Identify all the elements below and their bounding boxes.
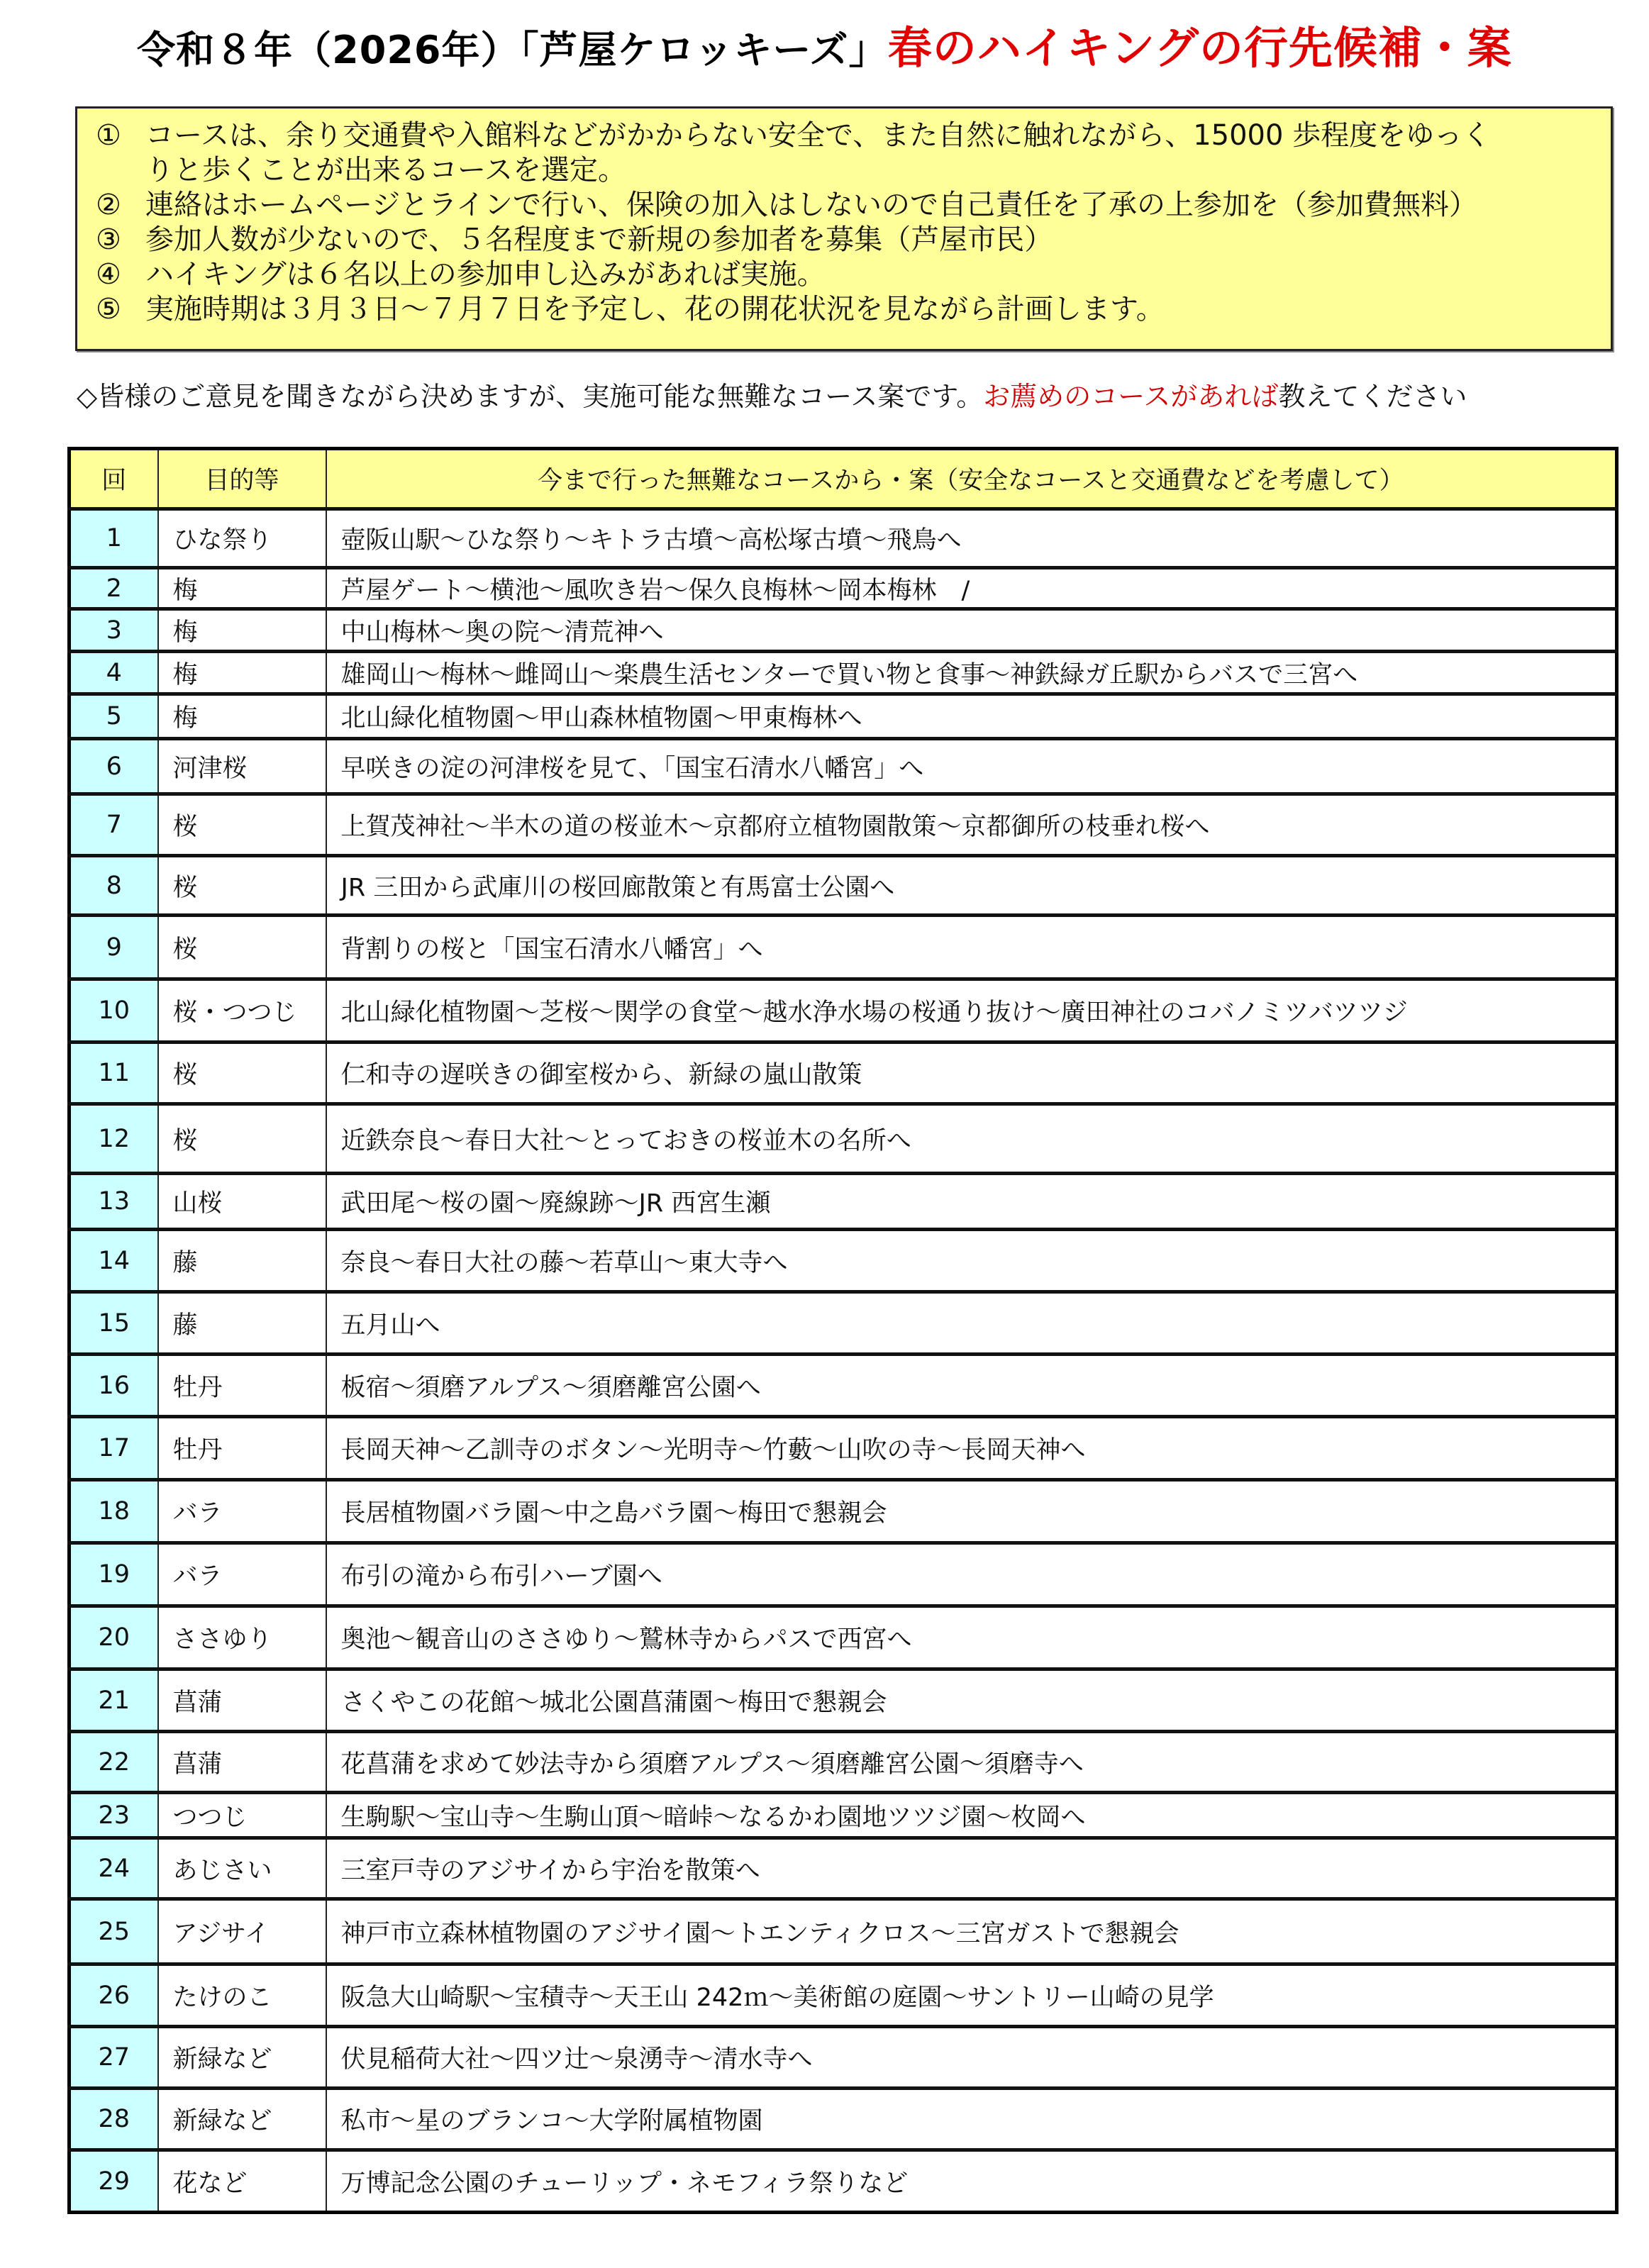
- table-row: 7桜上賀茂神社～半木の道の桜並木～京都府立植物園散策～京都御所の枝垂れ桜へ: [70, 794, 1617, 856]
- table-header-row: 回 目的等 今まで行った無難なコースから・案（安全なコースと交通費などを考慮して…: [70, 449, 1617, 509]
- table-row: 26たけのこ阪急大山崎駅～宝積寺～天王山 242ｍ～美術館の庭園～サントリー山崎…: [70, 1964, 1617, 2027]
- lead-suffix: 教えてください: [1278, 381, 1467, 412]
- row-number: 7: [70, 794, 158, 856]
- table-row: 16牡丹板宿～須磨アルプス～須磨離宮公園へ: [70, 1355, 1617, 1417]
- table-row: 28新緑など私市～星のブランコ～大学附属植物園: [70, 2089, 1617, 2150]
- row-purpose: つつじ: [158, 1793, 326, 1838]
- row-route: 奈良～春日大社の藤～若草山～東大寺へ: [326, 1230, 1617, 1292]
- row-route: 阪急大山崎駅～宝積寺～天王山 242ｍ～美術館の庭園～サントリー山崎の見学: [326, 1964, 1617, 2027]
- page-title-prefix: 令和８年（2026年）「芦屋ケロッキーズ」: [137, 28, 888, 72]
- header-route: 今まで行った無難なコースから・案（安全なコースと交通費などを考慮して）: [326, 449, 1617, 509]
- row-route: 芦屋ゲート～横池～風吹き岩～保久良梅林～岡本梅林 /: [326, 568, 1617, 609]
- table-row: 8桜JR 三田から武庫川の桜回廊散策と有馬富士公園へ: [70, 856, 1617, 916]
- notice-item-number: ③: [96, 223, 145, 257]
- row-number: 29: [70, 2150, 158, 2213]
- row-route: 上賀茂神社～半木の道の桜並木～京都府立植物園散策～京都御所の枝垂れ桜へ: [326, 794, 1617, 856]
- table-body: 1ひな祭り壺阪山駅～ひな祭り～キトラ古墳～高松塚古墳～飛鳥へ2梅芦屋ゲート～横池…: [70, 509, 1617, 2213]
- row-route: 壺阪山駅～ひな祭り～キトラ古墳～高松塚古墳～飛鳥へ: [326, 509, 1617, 568]
- table-row: 22菖蒲花菖蒲を求めて妙法寺から須磨アルプス～須磨離宮公園～須磨寺へ: [70, 1732, 1617, 1793]
- row-route: 私市～星のブランコ～大学附属植物園: [326, 2089, 1617, 2150]
- notice-item-number: ①: [96, 118, 145, 153]
- row-purpose: 山桜: [158, 1174, 326, 1230]
- row-number: 2: [70, 568, 158, 609]
- notice-item-number: ④: [96, 257, 145, 292]
- header-purpose: 目的等: [158, 449, 326, 509]
- notice-item-text: 参加人数が少ないので、５名程度まで新規の参加者を募集（芦屋市民）: [145, 223, 1053, 257]
- page-title: 令和８年（2026年）「芦屋ケロッキーズ」春のハイキングの行先候補・案: [0, 13, 1649, 76]
- row-route: 背割りの桜と「国宝石清水八幡宮」へ: [326, 916, 1617, 979]
- row-number: 14: [70, 1230, 158, 1292]
- table-row: 25アジサイ神戸市立森林植物園のアジサイ園～トエンティクロス～三宮ガストで懇親会: [70, 1899, 1617, 1964]
- table-row: 5梅北山緑化植物園～甲山森林植物園～甲東梅林へ: [70, 694, 1617, 739]
- row-number: 16: [70, 1355, 158, 1417]
- table-row: 4梅雄岡山～梅林～雌岡山～楽農生活センターで買い物と食事～神鉄緑ガ丘駅からバスで…: [70, 652, 1617, 694]
- row-purpose: バラ: [158, 1543, 326, 1606]
- row-route: 仁和寺の遅咲きの御室桜から、新緑の嵐山散策: [326, 1043, 1617, 1104]
- course-table: 回 目的等 今まで行った無難なコースから・案（安全なコースと交通費などを考慮して…: [67, 447, 1619, 2214]
- row-number: 5: [70, 694, 158, 739]
- row-purpose: 桜: [158, 1104, 326, 1174]
- row-route: 板宿～須磨アルプス～須磨離宮公園へ: [326, 1355, 1617, 1417]
- row-purpose: 花など: [158, 2150, 326, 2213]
- row-route: 万博記念公園のチューリップ・ネモフィラ祭りなど: [326, 2150, 1617, 2213]
- table-row: 21菖蒲さくやこの花館～城北公園菖蒲園～梅田で懇親会: [70, 1669, 1617, 1732]
- row-purpose: 桜: [158, 1043, 326, 1104]
- lead-highlight: お薦めのコースがあれば: [983, 381, 1278, 412]
- notice-item: りと歩くことが出来るコースを選定。: [96, 153, 1611, 188]
- table-row: 19バラ布引の滝から布引ハーブ園へ: [70, 1543, 1617, 1606]
- row-number: 11: [70, 1043, 158, 1104]
- table-row: 13山桜武田尾～桜の園～廃線跡～JR 西宮生瀬: [70, 1174, 1617, 1230]
- row-purpose: 菖蒲: [158, 1732, 326, 1793]
- row-route: 雄岡山～梅林～雌岡山～楽農生活センターで買い物と食事～神鉄緑ガ丘駅からバスで三宮…: [326, 652, 1617, 694]
- row-number: 13: [70, 1174, 158, 1230]
- row-route: 奥池～観音山のささゆり～鷲林寺からパスで西宮へ: [326, 1606, 1617, 1669]
- row-purpose: 河津桜: [158, 739, 326, 794]
- table-row: 23つつじ生駒駅～宝山寺～生駒山頂～暗峠～なるかわ園地ツツジ園～枚岡へ: [70, 1793, 1617, 1838]
- row-purpose: 梅: [158, 609, 326, 652]
- table-row: 6河津桜早咲きの淀の河津桜を見て、「国宝石清水八幡宮」へ: [70, 739, 1617, 794]
- notice-item: ①コースは、余り交通費や入館料などがかからない安全で、また自然に触れながら、15…: [96, 118, 1611, 153]
- notice-item: ⑤実施時期は３月３日～７月７日を予定し、花の開花状況を見ながら計画します。: [96, 292, 1611, 327]
- notice-item: ③参加人数が少ないので、５名程度まで新規の参加者を募集（芦屋市民）: [96, 223, 1611, 257]
- row-number: 9: [70, 916, 158, 979]
- row-purpose: 藤: [158, 1230, 326, 1292]
- row-route: 北山緑化植物園～芝桜～関学の食堂～越水浄水場の桜通り抜け～廣田神社のコバノミツバ…: [326, 979, 1617, 1043]
- row-route: 近鉄奈良～春日大社～とっておきの桜並木の名所へ: [326, 1104, 1617, 1174]
- table-row: 10桜・つつじ北山緑化植物園～芝桜～関学の食堂～越水浄水場の桜通り抜け～廣田神社…: [70, 979, 1617, 1043]
- row-number: 6: [70, 739, 158, 794]
- row-route: 布引の滝から布引ハーブ園へ: [326, 1543, 1617, 1606]
- row-number: 12: [70, 1104, 158, 1174]
- row-purpose: 新緑など: [158, 2089, 326, 2150]
- row-number: 25: [70, 1899, 158, 1964]
- table-row: 9桜背割りの桜と「国宝石清水八幡宮」へ: [70, 916, 1617, 979]
- table-row: 27新緑など伏見稲荷大社～四ツ辻～泉湧寺～清水寺へ: [70, 2027, 1617, 2089]
- notice-item-text: 連絡はホームページとラインで行い、保険の加入はしないので自己責任を了承の上参加を…: [145, 188, 1477, 223]
- row-number: 8: [70, 856, 158, 916]
- row-route: 五月山へ: [326, 1292, 1617, 1355]
- row-route: JR 三田から武庫川の桜回廊散策と有馬富士公園へ: [326, 856, 1617, 916]
- header-no: 回: [70, 449, 158, 509]
- row-number: 24: [70, 1838, 158, 1899]
- row-number: 26: [70, 1964, 158, 2027]
- row-purpose: たけのこ: [158, 1964, 326, 2027]
- notice-item-number: ⑤: [96, 292, 145, 327]
- row-purpose: 新緑など: [158, 2027, 326, 2089]
- lead-text: ◇皆様のご意見を聞きながら決めますが、実施可能な無難なコース案です。お薦めのコー…: [77, 374, 1637, 413]
- row-route: 花菖蒲を求めて妙法寺から須磨アルプス～須磨離宮公園～須磨寺へ: [326, 1732, 1617, 1793]
- row-purpose: 牡丹: [158, 1417, 326, 1480]
- row-route: 長居植物園バラ園～中之島バラ園～梅田で懇親会: [326, 1480, 1617, 1543]
- table-row: 18バラ長居植物園バラ園～中之島バラ園～梅田で懇親会: [70, 1480, 1617, 1543]
- row-route: 中山梅林～奥の院～清荒神へ: [326, 609, 1617, 652]
- notice-item-number: ②: [96, 188, 145, 223]
- row-number: 28: [70, 2089, 158, 2150]
- row-purpose: 桜・つつじ: [158, 979, 326, 1043]
- row-number: 15: [70, 1292, 158, 1355]
- table-row: 17牡丹長岡天神～乙訓寺のボタン～光明寺～竹藪～山吹の寺～長岡天神へ: [70, 1417, 1617, 1480]
- notice-box: ①コースは、余り交通費や入館料などがかからない安全で、また自然に触れながら、15…: [75, 106, 1613, 351]
- row-route: 神戸市立森林植物園のアジサイ園～トエンティクロス～三宮ガストで懇親会: [326, 1899, 1617, 1964]
- row-number: 3: [70, 609, 158, 652]
- row-purpose: 桜: [158, 794, 326, 856]
- row-purpose: 梅: [158, 568, 326, 609]
- notice-item-text: 実施時期は３月３日～７月７日を予定し、花の開花状況を見ながら計画します。: [145, 292, 1165, 327]
- row-number: 1: [70, 509, 158, 568]
- table-row: 24あじさい三室戸寺のアジサイから宇治を散策へ: [70, 1838, 1617, 1899]
- row-route: さくやこの花館～城北公園菖蒲園～梅田で懇親会: [326, 1669, 1617, 1732]
- row-purpose: 藤: [158, 1292, 326, 1355]
- row-route: 早咲きの淀の河津桜を見て、「国宝石清水八幡宮」へ: [326, 739, 1617, 794]
- row-route: 武田尾～桜の園～廃線跡～JR 西宮生瀬: [326, 1174, 1617, 1230]
- row-purpose: 梅: [158, 694, 326, 739]
- row-route: 三室戸寺のアジサイから宇治を散策へ: [326, 1838, 1617, 1899]
- row-number: 23: [70, 1793, 158, 1838]
- row-purpose: アジサイ: [158, 1899, 326, 1964]
- page-title-highlight: 春のハイキングの行先候補・案: [888, 22, 1512, 74]
- row-route: 生駒駅～宝山寺～生駒山頂～暗峠～なるかわ園地ツツジ園～枚岡へ: [326, 1793, 1617, 1838]
- table-row: 29花など万博記念公園のチューリップ・ネモフィラ祭りなど: [70, 2150, 1617, 2213]
- notice-item: ②連絡はホームページとラインで行い、保険の加入はしないので自己責任を了承の上参加…: [96, 188, 1611, 223]
- table-row: 15藤五月山へ: [70, 1292, 1617, 1355]
- table-row: 14藤奈良～春日大社の藤～若草山～東大寺へ: [70, 1230, 1617, 1292]
- row-route: 北山緑化植物園～甲山森林植物園～甲東梅林へ: [326, 694, 1617, 739]
- row-number: 20: [70, 1606, 158, 1669]
- row-route: 長岡天神～乙訓寺のボタン～光明寺～竹藪～山吹の寺～長岡天神へ: [326, 1417, 1617, 1480]
- lead-prefix: ◇皆様のご意見を聞きながら決めますが、実施可能な無難なコース案です。: [77, 381, 983, 412]
- notice-item-text: コースは、余り交通費や入館料などがかからない安全で、また自然に触れながら、150…: [145, 118, 1491, 153]
- notice-item-text: ハイキングは６名以上の参加申し込みがあれば実施。: [145, 257, 826, 292]
- notice-item-text: りと歩くことが出来るコースを選定。: [145, 153, 626, 188]
- row-purpose: 菖蒲: [158, 1669, 326, 1732]
- row-number: 19: [70, 1543, 158, 1606]
- row-purpose: バラ: [158, 1480, 326, 1543]
- table-row: 2梅芦屋ゲート～横池～風吹き岩～保久良梅林～岡本梅林 /: [70, 568, 1617, 609]
- row-purpose: 桜: [158, 856, 326, 916]
- row-number: 27: [70, 2027, 158, 2089]
- row-number: 4: [70, 652, 158, 694]
- table-row: 3梅中山梅林～奥の院～清荒神へ: [70, 609, 1617, 652]
- table-row: 11桜仁和寺の遅咲きの御室桜から、新緑の嵐山散策: [70, 1043, 1617, 1104]
- row-purpose: ひな祭り: [158, 509, 326, 568]
- row-purpose: ささゆり: [158, 1606, 326, 1669]
- row-purpose: 梅: [158, 652, 326, 694]
- row-purpose: あじさい: [158, 1838, 326, 1899]
- row-number: 22: [70, 1732, 158, 1793]
- row-number: 21: [70, 1669, 158, 1732]
- row-purpose: 牡丹: [158, 1355, 326, 1417]
- table-row: 12桜近鉄奈良～春日大社～とっておきの桜並木の名所へ: [70, 1104, 1617, 1174]
- row-number: 17: [70, 1417, 158, 1480]
- row-purpose: 桜: [158, 916, 326, 979]
- row-number: 18: [70, 1480, 158, 1543]
- table-row: 20ささゆり奥池～観音山のささゆり～鷲林寺からパスで西宮へ: [70, 1606, 1617, 1669]
- row-route: 伏見稲荷大社～四ツ辻～泉湧寺～清水寺へ: [326, 2027, 1617, 2089]
- row-number: 10: [70, 979, 158, 1043]
- table-row: 1ひな祭り壺阪山駅～ひな祭り～キトラ古墳～高松塚古墳～飛鳥へ: [70, 509, 1617, 568]
- notice-item: ④ハイキングは６名以上の参加申し込みがあれば実施。: [96, 257, 1611, 292]
